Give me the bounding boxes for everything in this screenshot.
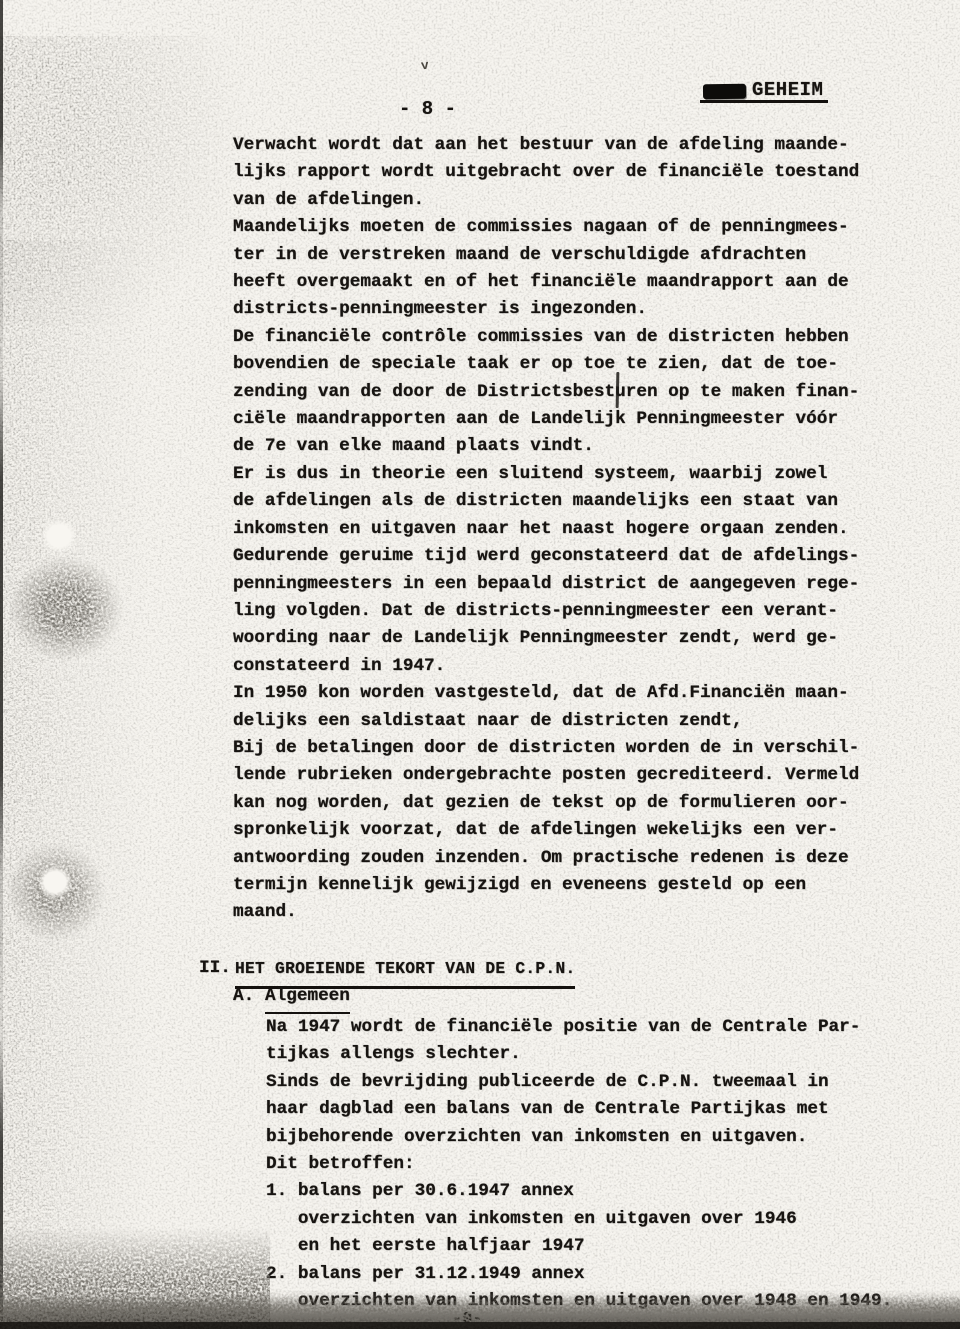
text-line: Na 1947 wordt de financiële positie van … bbox=[266, 1014, 892, 1041]
text-line: antwoording zouden inzenden. Om practisc… bbox=[233, 845, 859, 872]
text-line: ter in de verstreken maand de verschuldi… bbox=[233, 242, 859, 269]
section-heading: II. HET GROEIENDE TEKORT VAN DE C.P.N. bbox=[199, 955, 819, 985]
text-line: de afdelingen als de districten maandeli… bbox=[233, 488, 859, 515]
section-number: II. bbox=[199, 955, 231, 982]
text-line: penningmeesters in een bepaald district … bbox=[233, 571, 859, 598]
text-line: In 1950 kon worden vastgesteld, dat de A… bbox=[233, 680, 859, 707]
text-line: Dit betroffen: bbox=[266, 1151, 892, 1178]
stray-check-mark: v bbox=[420, 58, 429, 74]
text-line: inkomsten en uitgaven naar het naast hog… bbox=[233, 516, 859, 543]
text-line: woording naar de Landelijk Penningmeeste… bbox=[233, 625, 859, 652]
text-line: tijkas allengs slechter. bbox=[266, 1041, 892, 1068]
text-line: lende rubrieken ondergebrachte posten ge… bbox=[233, 762, 859, 789]
text-line: delijks een saldistaat naar de districte… bbox=[233, 708, 859, 735]
text-line: van de afdelingen. bbox=[233, 187, 859, 214]
text-line: Gedurende geruime tijd werd geconstateer… bbox=[233, 543, 859, 570]
classification-underline bbox=[700, 100, 828, 103]
page-number-top: - 8 - bbox=[399, 96, 456, 123]
scanned-document-page: v - 8 - GEHEIM Verwacht wordt dat aan he… bbox=[0, 0, 960, 1329]
text-line: maand. bbox=[233, 899, 859, 926]
text-line: Sinds de bevrijding publiceerde de C.P.N… bbox=[266, 1069, 892, 1096]
text-line: bovendien de speciale taak er op toe te … bbox=[233, 351, 859, 378]
text-line: Bij de betalingen door de districten wor… bbox=[233, 735, 859, 762]
text-line: Maandelijks moeten de commissies nagaan … bbox=[233, 214, 859, 241]
subsection-title: Algemeen bbox=[265, 983, 350, 1014]
text-line: zending van de door de Districtsbesturen… bbox=[233, 379, 859, 406]
text-line: ling volgden. Dat de districts-penningme… bbox=[233, 598, 859, 625]
text-line: kan nog worden, dat gezien de tekst op d… bbox=[233, 790, 859, 817]
classification-stamp: GEHEIM bbox=[698, 76, 833, 106]
text-line: lijks rapport wordt uitgebracht over de … bbox=[233, 159, 859, 186]
text-line: termijn kennelijk gewijzigd en eveneens … bbox=[233, 872, 859, 899]
subsection-heading: A. Algemeen bbox=[233, 983, 533, 1013]
section-body-block: Na 1947 wordt de financiële positie van … bbox=[266, 1014, 892, 1315]
text-line: ciële maandrapporten aan de Landelijk Pe… bbox=[233, 406, 859, 433]
text-line: constateerd in 1947. bbox=[233, 653, 859, 680]
text-line: heeft overgemaakt en of het financiële m… bbox=[233, 269, 859, 296]
text-line: haar dagblad een balans van de Centrale … bbox=[266, 1096, 892, 1123]
subsection-number: A. bbox=[233, 983, 254, 1010]
text-line: districts-penningmeester is ingezonden. bbox=[233, 296, 859, 323]
text-line: Verwacht wordt dat aan het bestuur van d… bbox=[233, 132, 859, 159]
text-line: 1. balans per 30.6.1947 annex bbox=[266, 1178, 892, 1205]
redaction-block bbox=[703, 84, 746, 99]
text-line: en het eerste halfjaar 1947 bbox=[266, 1233, 892, 1260]
text-line: 2. balans per 31.12.1949 annex bbox=[266, 1261, 892, 1288]
main-paragraph-block: Verwacht wordt dat aan het bestuur van d… bbox=[233, 132, 859, 927]
text-line: Er is dus in theorie een sluitend systee… bbox=[233, 461, 859, 488]
classification-label: GEHEIM bbox=[752, 79, 823, 101]
text-line: spronkelijk voorzat, dat de afdelingen w… bbox=[233, 817, 859, 844]
text-line: De financiële contrôle commissies van de… bbox=[233, 324, 859, 351]
scan-dark-band-edge bbox=[0, 1322, 960, 1329]
text-layer: v - 8 - GEHEIM Verwacht wordt dat aan he… bbox=[0, 0, 960, 1329]
text-line: de 7e van elke maand plaats vindt. bbox=[233, 433, 859, 460]
text-line: overzichten van inkomsten en uitgaven ov… bbox=[266, 1206, 892, 1233]
text-line: bijbehorende overzichten van inkomsten e… bbox=[266, 1124, 892, 1151]
